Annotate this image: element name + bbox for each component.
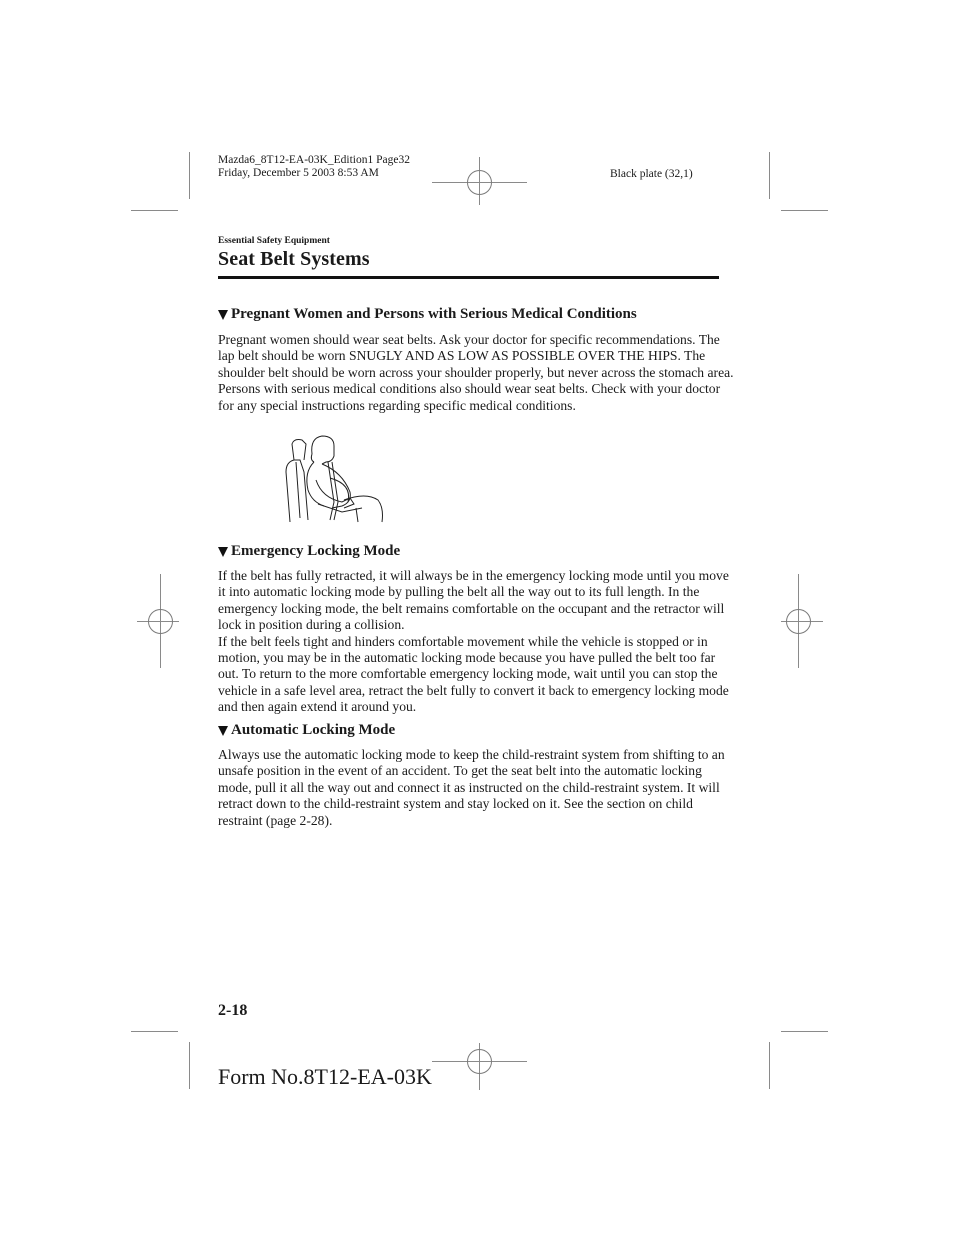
section-heading-text: Emergency Locking Mode	[231, 543, 400, 560]
print-slug-file: Mazda6_8T12-EA-03K_Edition1 Page32	[218, 154, 410, 167]
title-rule	[218, 276, 719, 279]
section-label: Essential Safety Equipment	[218, 236, 330, 246]
triangle-bullet-icon	[218, 547, 228, 557]
print-slug-date: Friday, December 5 2003 8:53 AM	[218, 167, 410, 180]
page-title: Seat Belt Systems	[218, 248, 370, 271]
registration-circle	[786, 609, 811, 634]
section-heading-text: Automatic Locking Mode	[231, 722, 395, 739]
triangle-bullet-icon	[218, 726, 228, 736]
crop-mark	[781, 1031, 828, 1032]
section-heading-automatic-locking: Automatic Locking Mode	[218, 722, 395, 739]
crop-mark	[781, 210, 828, 211]
crop-mark	[131, 1031, 178, 1032]
pregnant-woman-seat-belt-illustration	[282, 432, 392, 524]
crop-mark	[189, 1042, 190, 1089]
plate-label: Black plate (32,1)	[610, 168, 693, 180]
crop-mark	[769, 1042, 770, 1089]
section-heading-pregnant: Pregnant Women and Persons with Serious …	[218, 306, 637, 323]
form-number: Form No.8T12-EA-03K	[218, 1064, 432, 1090]
paragraph: Persons with serious medical conditions …	[218, 381, 738, 414]
section-heading-text: Pregnant Women and Persons with Serious …	[231, 306, 637, 323]
triangle-bullet-icon	[218, 310, 228, 320]
paragraph: If the belt feels tight and hinders comf…	[218, 634, 738, 716]
section-body-pregnant: Pregnant women should wear seat belts. A…	[218, 332, 738, 414]
page-number: 2-18	[218, 1002, 247, 1020]
crop-mark	[131, 210, 178, 211]
paragraph: Always use the automatic locking mode to…	[218, 747, 738, 829]
paragraph: Pregnant women should wear seat belts. A…	[218, 332, 738, 381]
registration-circle	[467, 170, 492, 195]
crop-mark	[189, 152, 190, 199]
print-slug: Mazda6_8T12-EA-03K_Edition1 Page32 Frida…	[218, 154, 410, 180]
crop-mark	[769, 152, 770, 199]
registration-circle	[148, 609, 173, 634]
section-body-emergency-locking: If the belt has fully retracted, it will…	[218, 568, 738, 716]
section-body-automatic-locking: Always use the automatic locking mode to…	[218, 747, 738, 829]
registration-circle	[467, 1049, 492, 1074]
section-heading-emergency-locking: Emergency Locking Mode	[218, 543, 400, 560]
paragraph: If the belt has fully retracted, it will…	[218, 568, 738, 634]
